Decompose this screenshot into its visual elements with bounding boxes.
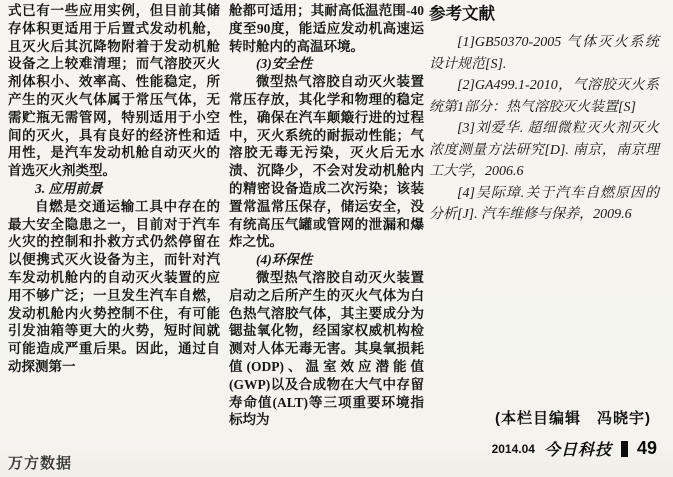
body-paragraph: 微型热气溶胶自动灭火装置启动之后所产生的灭火气体为白色热气溶胶气体，其主要成分为… (229, 269, 424, 429)
journal-logo: 今日科技 (544, 437, 612, 460)
subsection-heading: (3)安全性 (229, 55, 424, 73)
reference-item: [3]刘爱华. 超细微粒灭火剂灭火浓度测量方法研究[D]. 南京，南京理工大学，… (429, 118, 659, 183)
column-left: 式已有一些应用实例，但目前其储存体积更适用于后置式发动机舱，且灭火后其沉降物附着… (8, 2, 220, 376)
body-paragraph: 微型热气溶胶自动灭火装置常压存放，其化学和物理的稳定性，确保在汽车颠簸行进的过程… (229, 73, 424, 251)
issue-date: 2014.04 (492, 442, 535, 456)
journal-footer: 2014.04 今日科技 49 (492, 437, 657, 460)
watermark-wanfang: 万方数据 (8, 452, 72, 473)
body-paragraph: 舱都可适用；其耐高低温范围-40度至90度，能适应发动机高速运转时舱内的高温环境… (229, 2, 424, 55)
section-heading: 3. 应用前景 (8, 180, 220, 198)
column-right: 参考文献 [1]GB50370-2005 气体灭火系统设计规范[S]. [2]G… (429, 4, 659, 226)
body-paragraph: 自燃是交通运输工具中存在的最大安全隐患之一，目前对于汽车火灾的控制和扑救方式仍然… (8, 198, 220, 376)
column-middle: 舱都可适用；其耐高低温范围-40度至90度，能适应发动机高速运转时舱内的高温环境… (229, 2, 424, 429)
reference-list: [1]GB50370-2005 气体灭火系统设计规范[S]. [2]GA499.… (429, 32, 659, 226)
editor-credit: (本栏目编辑 冯晓宇) (495, 407, 651, 428)
body-paragraph: 式已有一些应用实例，但目前其储存体积更适用于后置式发动机舱，且灭火后其沉降物附着… (8, 2, 220, 180)
reference-item: [2]GA499.1-2010，气溶胶灭火系统第1部分：热气溶胶灭火装置[S] (429, 75, 659, 118)
reference-item: [4]吴际璋.关于汽车自燃原因的分析[J]. 汽车维修与保养，2009.6 (429, 183, 659, 226)
scanned-page: 式已有一些应用实例，但目前其储存体积更适用于后置式发动机舱，且灭火后其沉降物附着… (0, 0, 673, 477)
references-heading: 参考文献 (429, 4, 659, 24)
reference-item: [1]GB50370-2005 气体灭火系统设计规范[S]. (429, 32, 659, 75)
page-number: 49 (637, 438, 657, 459)
subsection-heading: (4)环保性 (229, 251, 424, 269)
page-number-bar-icon (621, 441, 628, 457)
